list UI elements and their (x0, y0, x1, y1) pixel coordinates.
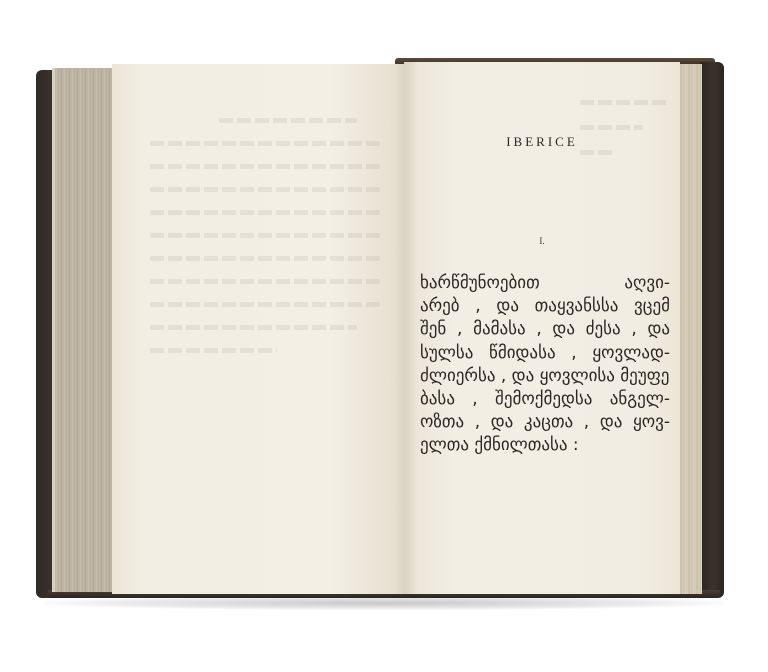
book-photo: IBERICE I. ხარწმუნოებით აღვი- არებ , და … (0, 0, 768, 672)
section-mark: I. (404, 236, 680, 246)
text-line: ძლიერსა , და ყოვლისა მეუფე- (420, 365, 670, 388)
text-line: არებ , და თაყვანსსა ვცემ (420, 295, 670, 318)
left-page-block-edge (52, 68, 117, 592)
text-line: შენ , მამასა , და ძესა , და (420, 318, 670, 341)
text-line: სულსა წმიდასა , ყოვლად- (420, 342, 670, 365)
text-line: ბასა , შემოქმედსა ანგელ- (420, 388, 670, 411)
text-line: ხარწმუნოებით აღვი- (420, 272, 670, 295)
text-line: ოზთა , და კაცთა , და ყოვ- (420, 411, 670, 434)
right-cover (700, 62, 724, 598)
right-page-block-edge (678, 64, 702, 594)
left-page-show-through (150, 118, 380, 371)
georgian-text-block: ხარწმუნოებით აღვი- არებ , და თაყვანსსა ვ… (420, 272, 670, 458)
running-head: IBERICE (404, 134, 680, 150)
text-line: ელთა ქმნილთასა : (420, 434, 670, 457)
book-shadow (44, 596, 724, 610)
